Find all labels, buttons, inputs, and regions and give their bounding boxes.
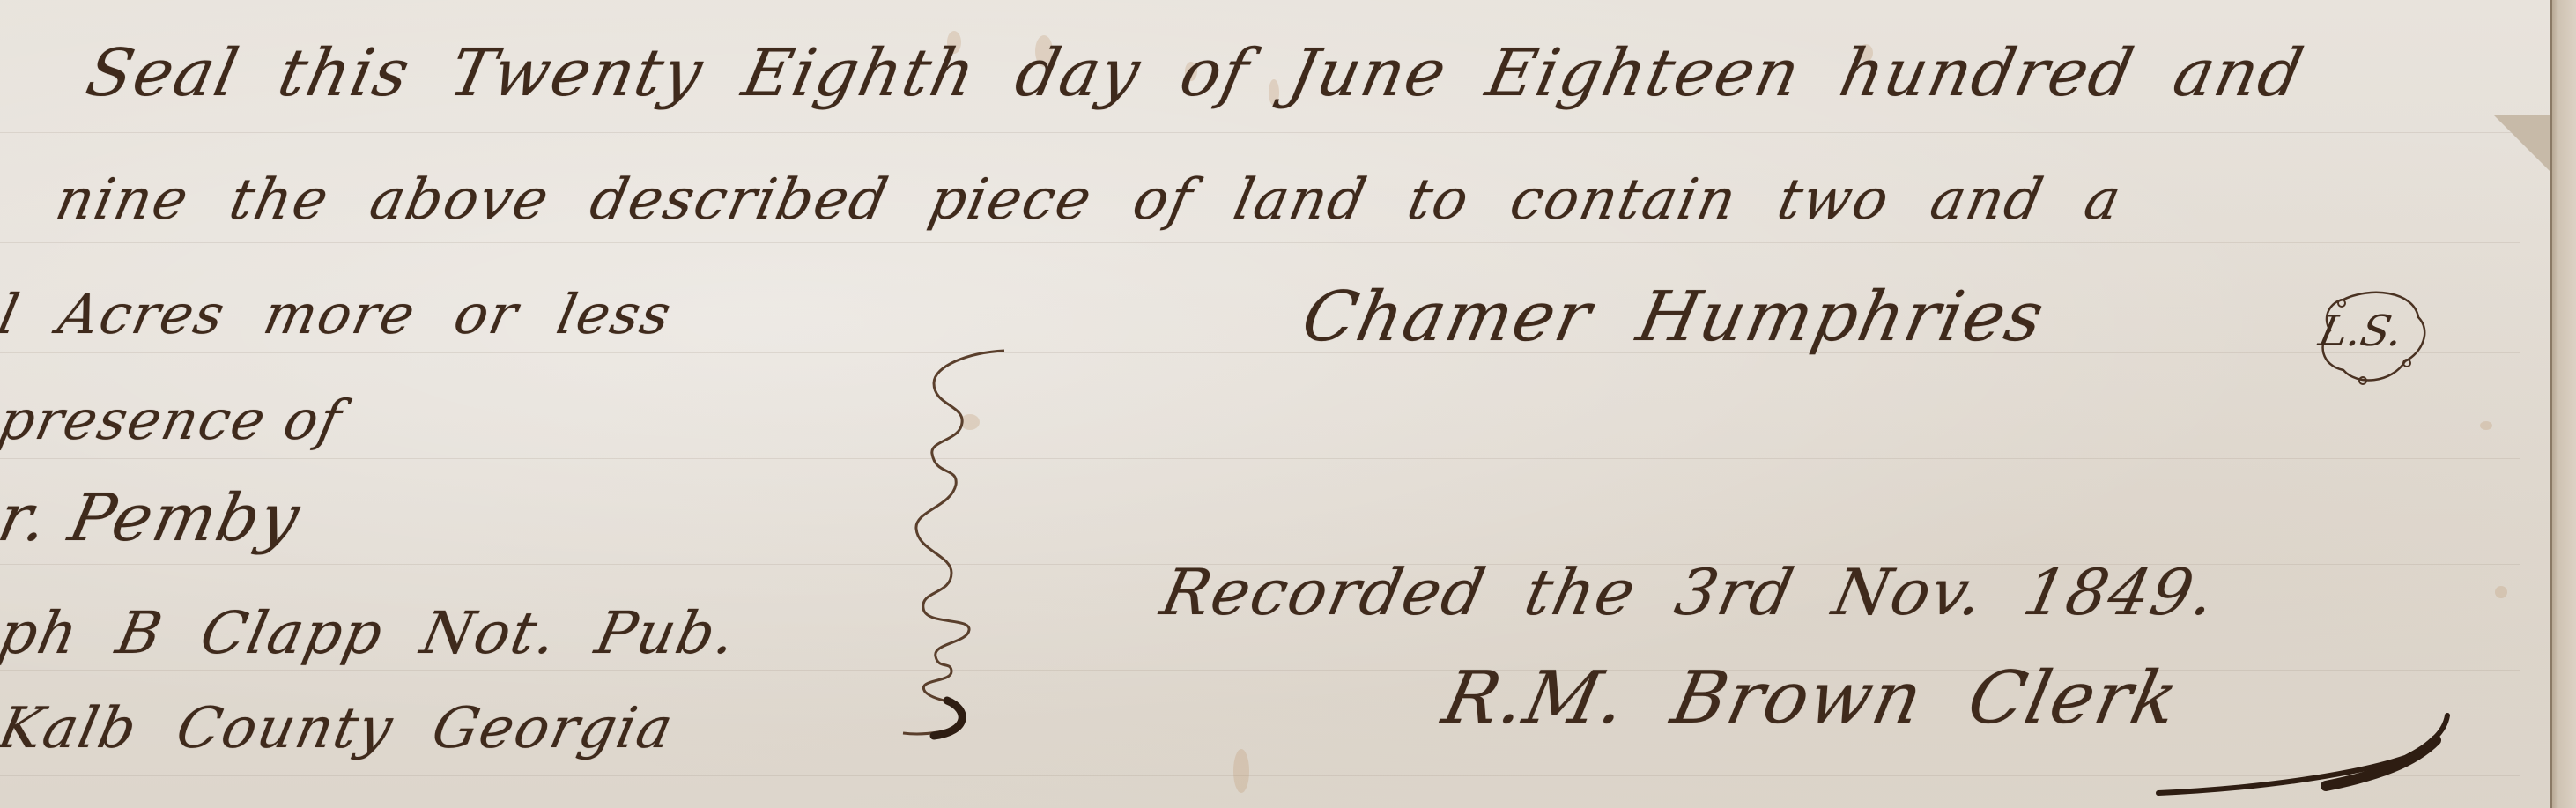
- document-page: Seal this Twenty Eighth day of June Eigh…: [0, 0, 2576, 808]
- ruled-line: [0, 458, 2520, 459]
- adjacent-page-edge: [2550, 0, 2576, 808]
- recording-statement: Recorded the 3rd Nov. 1849.: [1155, 555, 2224, 629]
- ruled-line: [0, 352, 2520, 353]
- ruled-line: [0, 132, 2520, 133]
- curly-brace-icon: [899, 344, 1013, 740]
- witness-line-3: ph B Clapp Not. Pub.: [0, 599, 744, 667]
- body-line-1: Seal this Twenty Eighth day of June Eigh…: [80, 35, 2311, 111]
- body-line-3: l Acres more or less: [0, 282, 678, 346]
- folded-corner: [2493, 115, 2555, 176]
- signature-underline-icon: [2150, 705, 2467, 802]
- witness-line-2: r. Pemby: [0, 480, 307, 556]
- seal-label: L.S.: [2303, 307, 2419, 356]
- clerk-signature: R.M. Brown Clerk: [1436, 656, 2187, 740]
- paper-stain: [2480, 421, 2492, 430]
- witness-line-4: Kalb County Georgia: [0, 696, 679, 761]
- ruled-line: [0, 242, 2520, 243]
- witness-line-1: presence of: [0, 388, 349, 452]
- paper-stain: [2495, 586, 2507, 598]
- grantor-signature: Chamer Humphries: [1295, 278, 2052, 357]
- paper-stain: [1233, 749, 1249, 793]
- body-line-2: nine the above described piece of land t…: [50, 167, 2128, 233]
- ruled-line: [0, 775, 2520, 776]
